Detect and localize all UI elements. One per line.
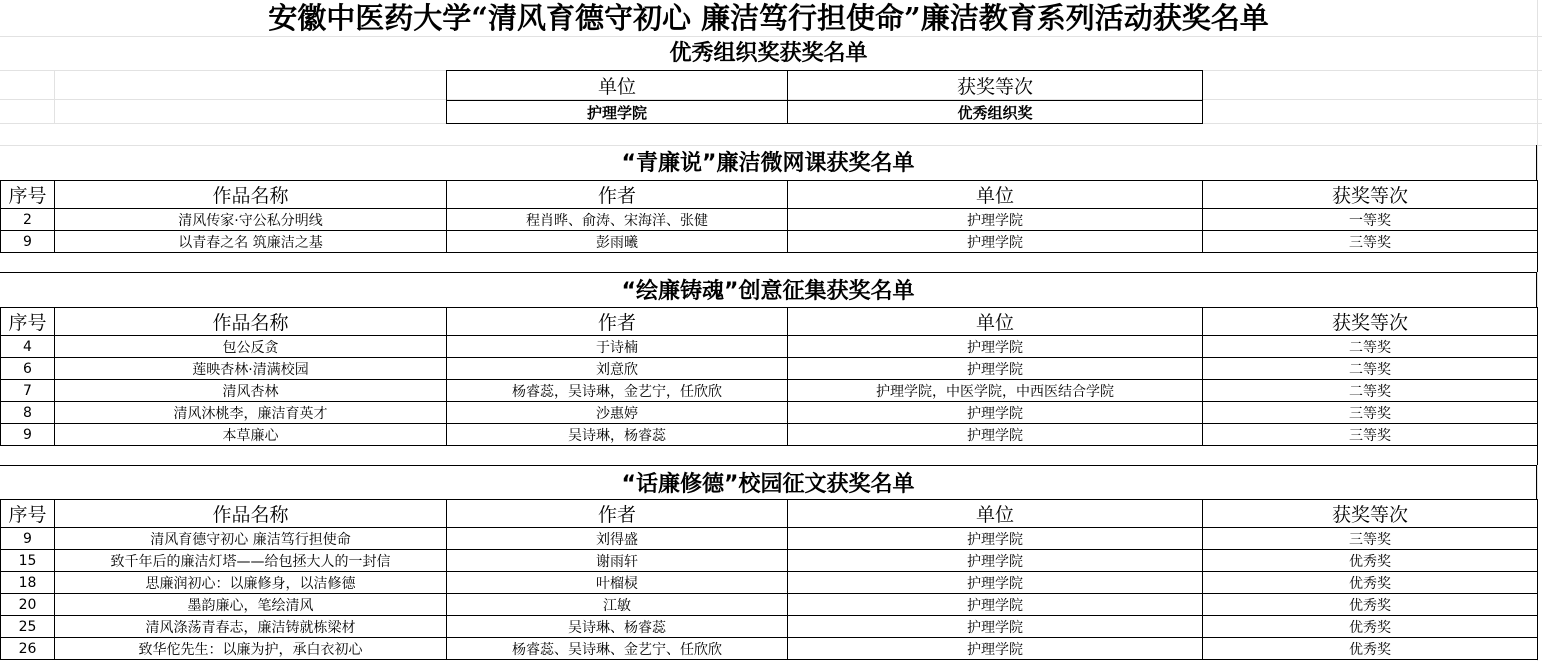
cell-work: 致华佗先生：以廉为护，承白衣初心 (55, 638, 447, 660)
header-no: 序号 (1, 181, 55, 209)
cell-work: 清风育德守初心 廉洁笃行担使命 (55, 528, 447, 550)
cell-author: 杨睿蕊、吴诗琳、金艺宁、任欣欣 (447, 638, 788, 660)
cell-author: 程肖晔、俞涛、宋海洋、张健 (447, 209, 788, 231)
cell-author: 刘得盛 (447, 528, 788, 550)
qinglianshuo-table: 序号 作品名称 作者 单位 获奖等次 2 清风传家·守公私分明线 程肖晔、俞涛、… (0, 180, 1538, 253)
table-row: 26 致华佗先生：以廉为护，承白衣初心 杨睿蕊、吴诗琳、金艺宁、任欣欣 护理学院… (1, 638, 1538, 660)
table-row: 15 致千年后的廉洁灯塔——给包拯大人的一封信 谢雨轩 护理学院 优秀奖 (1, 550, 1538, 572)
page-title: 安徽中医药大学“清风育德守初心 廉洁笃行担使命”廉洁教育系列活动获奖名单 (0, 0, 1537, 36)
cell-no: 4 (1, 336, 55, 358)
cell-no: 6 (1, 358, 55, 380)
header-author: 作者 (447, 500, 788, 528)
section-title-qinglianshuo: “青廉说”廉洁微网课获奖名单 (0, 145, 1537, 180)
cell-level: 三等奖 (1203, 402, 1538, 424)
header-unit: 单位 (788, 500, 1203, 528)
cell-level: 优秀奖 (1203, 550, 1538, 572)
cell-unit: 护理学院 (788, 402, 1203, 424)
cell-no: 18 (1, 572, 55, 594)
header-unit: 单位 (447, 71, 788, 101)
cell-unit: 护理学院 (788, 616, 1203, 638)
cell-no: 20 (1, 594, 55, 616)
header-level: 获奖等次 (788, 71, 1203, 101)
header-level: 获奖等次 (1203, 500, 1538, 528)
section-title-huilianzhuhun: “绘廉铸魂”创意征集获奖名单 (0, 272, 1537, 307)
border (1537, 250, 1538, 272)
cell-level: 三等奖 (1203, 424, 1538, 446)
cell-level: 二等奖 (1203, 380, 1538, 402)
cell-unit: 护理学院 (788, 231, 1203, 253)
org-award-table: 单位 获奖等次 护理学院 优秀组织奖 (446, 70, 1203, 124)
cell-work: 思廉润初心：以廉修身，以洁修德 (55, 572, 447, 594)
cell-work: 致千年后的廉洁灯塔——给包拯大人的一封信 (55, 550, 447, 572)
table-row: 4 包公反贪 于诗楠 护理学院 二等奖 (1, 336, 1538, 358)
table-header-row: 单位 获奖等次 (447, 71, 1203, 101)
header-author: 作者 (447, 181, 788, 209)
cell-no: 7 (1, 380, 55, 402)
header-author: 作者 (447, 308, 788, 336)
cell-unit: 护理学院 (788, 528, 1203, 550)
header-level: 获奖等次 (1203, 308, 1538, 336)
header-work: 作品名称 (55, 308, 447, 336)
cell-level: 二等奖 (1203, 358, 1538, 380)
table-header-row: 序号 作品名称 作者 单位 获奖等次 (1, 500, 1538, 528)
header-work: 作品名称 (55, 181, 447, 209)
table-row: 18 思廉润初心：以廉修身，以洁修德 叶榴棂 护理学院 优秀奖 (1, 572, 1538, 594)
cell-no: 15 (1, 550, 55, 572)
cell-author: 沙惠婷 (447, 402, 788, 424)
header-no: 序号 (1, 500, 55, 528)
cell-level: 三等奖 (1203, 528, 1538, 550)
cell-no: 9 (1, 231, 55, 253)
cell-no: 9 (1, 528, 55, 550)
cell-author: 吴诗琳，杨睿蕊 (447, 424, 788, 446)
cell-level: 优秀奖 (1203, 616, 1538, 638)
section-title-hualianxiude: “话廉修德”校园征文获奖名单 (0, 465, 1537, 499)
header-unit: 单位 (788, 181, 1203, 209)
cell-work: 墨韵廉心，笔绘清风 (55, 594, 447, 616)
header-work: 作品名称 (55, 500, 447, 528)
table-row: 25 清风涤荡青春志，廉洁铸就栋梁材 吴诗琳、杨睿蕊 护理学院 优秀奖 (1, 616, 1538, 638)
cell-level: 一等奖 (1203, 209, 1538, 231)
cell-work: 清风杏林 (55, 380, 447, 402)
table-row: 9 以青春之名 筑廉洁之基 彭雨曦 护理学院 三等奖 (1, 231, 1538, 253)
cell-no: 8 (1, 402, 55, 424)
cell-no: 9 (1, 424, 55, 446)
cell-unit: 护理学院 (788, 424, 1203, 446)
table-row: 7 清风杏林 杨睿蕊，吴诗琳，金艺宁，任欣欣 护理学院，中医学院，中西医结合学院… (1, 380, 1538, 402)
cell-work: 以青春之名 筑廉洁之基 (55, 231, 447, 253)
cell-work: 莲映杏林·清满校园 (55, 358, 447, 380)
cell-no: 2 (1, 209, 55, 231)
cell-author: 谢雨轩 (447, 550, 788, 572)
cell-level: 三等奖 (1203, 231, 1538, 253)
table-header-row: 序号 作品名称 作者 单位 获奖等次 (1, 181, 1538, 209)
table-row: 6 莲映杏林·清满校园 刘意欣 护理学院 二等奖 (1, 358, 1538, 380)
cell-no: 26 (1, 638, 55, 660)
cell-unit: 护理学院 (788, 550, 1203, 572)
cell-unit: 护理学院 (788, 572, 1203, 594)
table-row: 9 清风育德守初心 廉洁笃行担使命 刘得盛 护理学院 三等奖 (1, 528, 1538, 550)
cell-unit: 护理学院 (788, 638, 1203, 660)
cell-work: 本草廉心 (55, 424, 447, 446)
table-header-row: 序号 作品名称 作者 单位 获奖等次 (1, 308, 1538, 336)
cell-unit: 护理学院 (788, 594, 1203, 616)
cell-level: 优秀组织奖 (788, 101, 1203, 124)
cell-level: 优秀奖 (1203, 594, 1538, 616)
header-level: 获奖等次 (1203, 181, 1538, 209)
cell-unit: 护理学院 (788, 358, 1203, 380)
cell-author: 江敏 (447, 594, 788, 616)
cell-work: 清风传家·守公私分明线 (55, 209, 447, 231)
table-row: 9 本草廉心 吴诗琳，杨睿蕊 护理学院 三等奖 (1, 424, 1538, 446)
border (1537, 444, 1538, 465)
cell-author: 于诗楠 (447, 336, 788, 358)
table-row: 护理学院 优秀组织奖 (447, 101, 1203, 124)
cell-author: 彭雨曦 (447, 231, 788, 253)
cell-level: 二等奖 (1203, 336, 1538, 358)
header-unit: 单位 (788, 308, 1203, 336)
cell-work: 包公反贪 (55, 336, 447, 358)
cell-author: 吴诗琳、杨睿蕊 (447, 616, 788, 638)
table-row: 2 清风传家·守公私分明线 程肖晔、俞涛、宋海洋、张健 护理学院 一等奖 (1, 209, 1538, 231)
cell-no: 25 (1, 616, 55, 638)
cell-unit: 护理学院 (447, 101, 788, 124)
cell-work: 清风沐桃李，廉洁育英才 (55, 402, 447, 424)
cell-author: 叶榴棂 (447, 572, 788, 594)
cell-author: 杨睿蕊，吴诗琳，金艺宁，任欣欣 (447, 380, 788, 402)
cell-unit: 护理学院 (788, 209, 1203, 231)
gridline (54, 70, 55, 123)
huilianzhuhun-table: 序号 作品名称 作者 单位 获奖等次 4 包公反贪 于诗楠 护理学院 二等奖 6… (0, 307, 1538, 446)
cell-level: 优秀奖 (1203, 638, 1538, 660)
org-award-title: 优秀组织奖获奖名单 (0, 36, 1537, 70)
cell-unit: 护理学院 (788, 336, 1203, 358)
cell-work: 清风涤荡青春志，廉洁铸就栋梁材 (55, 616, 447, 638)
header-no: 序号 (1, 308, 55, 336)
hualianxiude-table: 序号 作品名称 作者 单位 获奖等次 9 清风育德守初心 廉洁笃行担使命 刘得盛… (0, 499, 1538, 660)
cell-level: 优秀奖 (1203, 572, 1538, 594)
cell-unit: 护理学院，中医学院，中西医结合学院 (788, 380, 1203, 402)
table-row: 20 墨韵廉心，笔绘清风 江敏 护理学院 优秀奖 (1, 594, 1538, 616)
cell-author: 刘意欣 (447, 358, 788, 380)
table-row: 8 清风沐桃李，廉洁育英才 沙惠婷 护理学院 三等奖 (1, 402, 1538, 424)
